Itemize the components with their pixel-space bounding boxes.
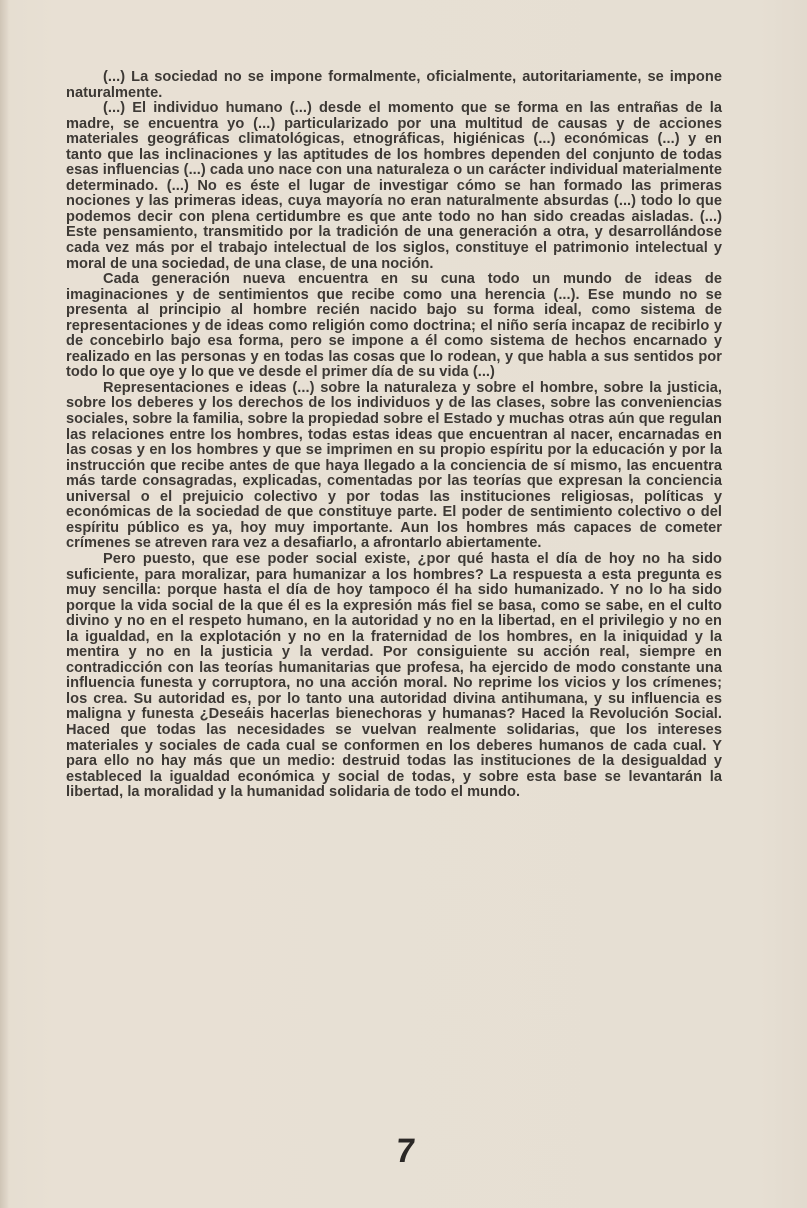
paragraph-4: Representaciones e ideas (...) sobre la …: [66, 381, 722, 552]
page-spine-edge: [0, 0, 8, 1208]
paragraph-2: (...) El individuo humano (...) desde el…: [66, 101, 722, 272]
paragraph-3: Cada generación nueva encuentra en su cu…: [66, 272, 722, 381]
body-text: (...) La sociedad no se impone formalmen…: [66, 70, 722, 801]
paragraph-5: Pero puesto, que ese poder social existe…: [66, 552, 722, 801]
book-page: (...) La sociedad no se impone formalmen…: [0, 0, 807, 1208]
page-number: 7: [394, 1132, 417, 1171]
paragraph-1: (...) La sociedad no se impone formalmen…: [66, 70, 722, 101]
